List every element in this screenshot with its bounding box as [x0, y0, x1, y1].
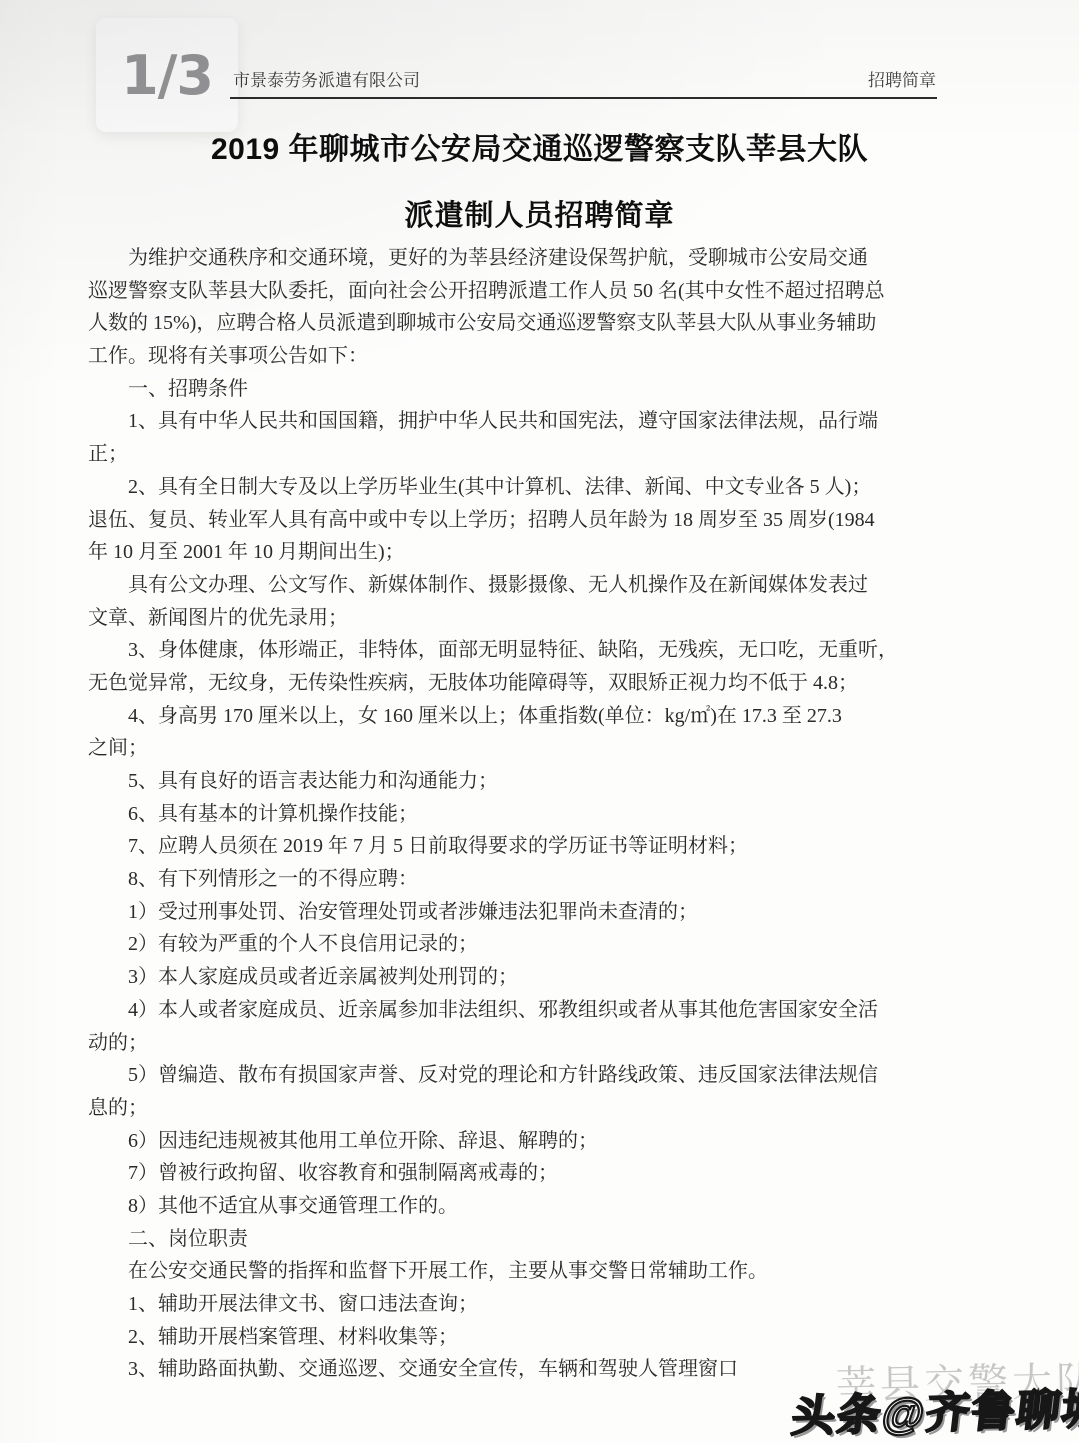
- body-line: 工作。现将有关事项公告如下：: [88, 340, 940, 373]
- body-line: 2、辅助开展档案管理、材料收集等；: [88, 1321, 940, 1354]
- body-line: 巡逻警察支队莘县大队委托，面向社会公开招聘派遣工作人员 50 名(其中女性不超过…: [88, 275, 940, 308]
- body-line: 具有公文办理、公文写作、新媒体制作、摄影摄像、无人机操作及在新闻媒体发表过: [88, 569, 940, 602]
- body-line: 文章、新闻图片的优先录用；: [88, 602, 940, 635]
- body-line: 2）有较为严重的个人不良信用记录的；: [88, 928, 940, 961]
- body-line: 4）本人或者家庭成员、近亲属参加非法组织、邪教组织或者从事其他危害国家安全活: [88, 994, 940, 1027]
- body-line: 息的；: [88, 1092, 940, 1125]
- body-line: 7）曾被行政拘留、收容教育和强制隔离戒毒的；: [88, 1157, 940, 1190]
- document-header: 市景泰劳务派遣有限公司 招聘简章: [233, 66, 936, 91]
- body-line: 年 10 月至 2001 年 10 月期间出生)；: [88, 536, 940, 569]
- body-line: 6）因违纪违规被其他用工单位开除、辞退、解聘的；: [88, 1125, 940, 1158]
- header-company-name: 市景泰劳务派遣有限公司: [233, 66, 420, 91]
- page-indicator: 1/3: [121, 44, 213, 107]
- body-line: 无色觉异常，无纹身，无传染性疾病，无肢体功能障碍等，双眼矫正视力均不低于 4.8…: [88, 667, 940, 700]
- body-line: 为维护交通秩序和交通环境，更好的为莘县经济建设保驾护航，受聊城市公安局交通: [88, 242, 940, 275]
- body-line: 1、辅助开展法律文书、窗口违法查询；: [88, 1288, 940, 1321]
- body-line: 3、身体健康，体形端正，非特体，面部无明显特征、缺陷，无残疾，无口吃，无重听，: [88, 634, 940, 667]
- body-line: 人数的 15%)，应聘合格人员派遣到聊城市公安局交通巡逻警察支队莘县大队从事业务…: [88, 307, 940, 340]
- header-rule: [230, 97, 937, 99]
- body-line: 5）曾编造、散布有损国家声誉、反对党的理论和方针路线政策、违反国家法律法规信: [88, 1059, 940, 1092]
- body-line: 之间；: [88, 732, 940, 765]
- toutiao-watermark: 头条@齐鲁聊城发布: [789, 1373, 1079, 1443]
- body-line: 在公安交通民警的指挥和监督下开展工作，主要从事交警日常辅助工作。: [88, 1255, 940, 1288]
- body-line: 退伍、复员、转业军人具有高中或中专以上学历；招聘人员年龄为 18 周岁至 35 …: [88, 504, 940, 537]
- body-line: 8、有下列情形之一的不得应聘：: [88, 863, 940, 896]
- document-page: 1/3 市景泰劳务派遣有限公司 招聘简章 2019 年聊城市公安局交通巡逻警察支…: [0, 0, 1079, 1443]
- body-line: 6、具有基本的计算机操作技能；: [88, 798, 940, 831]
- body-line: 正；: [88, 438, 940, 471]
- body-line: 一、招聘条件: [88, 373, 940, 406]
- body-line: 1、具有中华人民共和国国籍，拥护中华人民共和国宪法，遵守国家法律法规，品行端: [88, 405, 940, 438]
- body-line: 2、具有全日制大专及以上学历毕业生(其中计算机、法律、新闻、中文专业各 5 人)…: [88, 471, 940, 504]
- document-title-line2: 派遣制人员招聘简章: [0, 199, 1079, 233]
- body-line: 二、岗位职责: [88, 1223, 940, 1256]
- body-line: 3、辅助路面执勤、交通巡逻、交通安全宣传，车辆和驾驶人管理窗口: [88, 1353, 940, 1386]
- document-title-line1: 2019 年聊城市公安局交通巡逻警察支队莘县大队: [0, 133, 1079, 167]
- body-line: 7、应聘人员须在 2019 年 7 月 5 日前取得要求的学历证书等证明材料；: [88, 830, 940, 863]
- body-line: 5、具有良好的语言表达能力和沟通能力；: [88, 765, 940, 798]
- body-line: 1）受过刑事处罚、治安管理处罚或者涉嫌违法犯罪尚未查清的；: [88, 896, 940, 929]
- body-line: 8）其他不适宜从事交通管理工作的。: [88, 1190, 940, 1223]
- body-line: 3）本人家庭成员或者近亲属被判处刑罚的；: [88, 961, 940, 994]
- body-line: 动的；: [88, 1027, 940, 1060]
- body-line: 4、身高男 170 厘米以上，女 160 厘米以上；体重指数(单位：kg/㎡)在…: [88, 700, 940, 733]
- header-doc-type: 招聘简章: [868, 66, 936, 91]
- page-indicator-card: 1/3: [96, 18, 238, 132]
- document-body: 为维护交通秩序和交通环境，更好的为莘县经济建设保驾护航，受聊城市公安局交通巡逻警…: [88, 242, 940, 1386]
